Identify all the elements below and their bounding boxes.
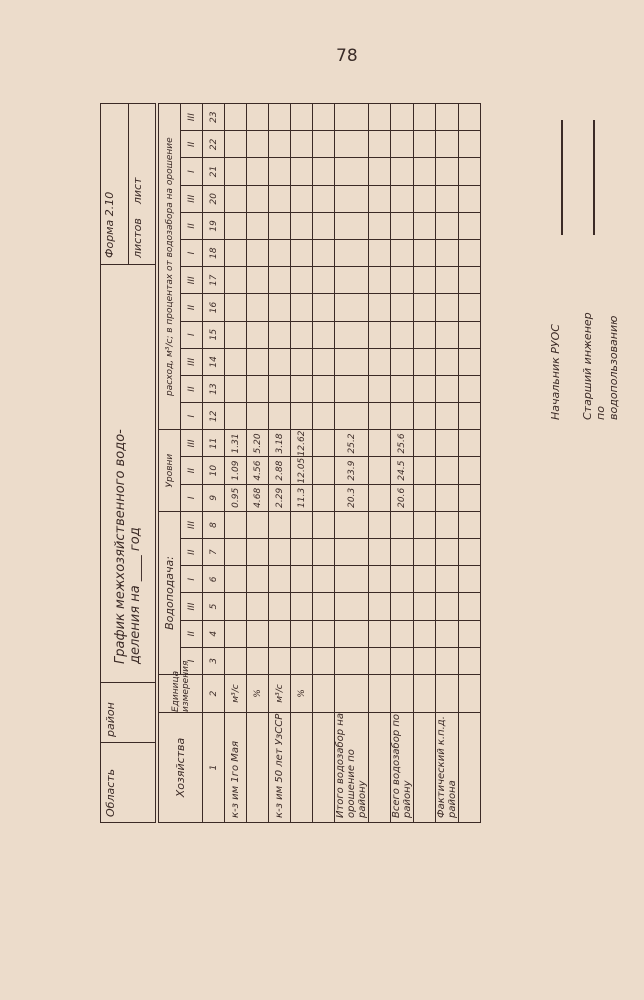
value-cell (247, 566, 269, 593)
value-cell (369, 566, 391, 593)
value-cell (369, 131, 391, 158)
column-number: 3 (203, 647, 225, 674)
value-cell (335, 212, 369, 239)
table-row: %4.684.565.20 (247, 104, 269, 823)
value-cell (269, 375, 291, 402)
value-cell (391, 212, 414, 239)
value-cell (269, 104, 291, 131)
value-cell (391, 185, 414, 212)
value-cell (459, 321, 481, 348)
value-cell (436, 104, 459, 131)
unit-cell: % (247, 675, 269, 713)
value-cell (335, 158, 369, 185)
value-cell (369, 484, 391, 511)
decade-cell: I (181, 321, 203, 348)
column-number: 9 (203, 484, 225, 511)
value-cell (335, 403, 369, 430)
value-cell (313, 484, 335, 511)
value-cell (225, 593, 247, 620)
farm-name: Итого водозабор на орошение по району (335, 713, 369, 823)
value-cell: 25.2 (335, 430, 369, 457)
level-header: Уровни (159, 430, 181, 512)
value-cell (291, 158, 313, 185)
value-cell (313, 212, 335, 239)
value-cell (291, 321, 313, 348)
value-cell (459, 430, 481, 457)
value-cell (291, 104, 313, 131)
value-cell (335, 267, 369, 294)
value-cell (436, 457, 459, 484)
value-cell (369, 593, 391, 620)
head-signature-line (561, 120, 563, 235)
value-cell (313, 185, 335, 212)
value-cell (414, 240, 436, 267)
value-cell (247, 158, 269, 185)
value-cell (335, 131, 369, 158)
value-cell (369, 430, 391, 457)
value-cell (414, 593, 436, 620)
value-cell (391, 566, 414, 593)
value-cell (291, 566, 313, 593)
value-cell (369, 647, 391, 674)
value-cell: 5.20 (247, 430, 269, 457)
value-cell (414, 647, 436, 674)
value-cell (335, 185, 369, 212)
value-cell (459, 212, 481, 239)
value-cell: 11.3 (291, 484, 313, 511)
value-cell (291, 185, 313, 212)
engineer-signature-line (593, 120, 595, 235)
value-cell (269, 403, 291, 430)
column-number: 11 (203, 430, 225, 457)
value-cell (247, 375, 269, 402)
value-cell (247, 647, 269, 674)
value-cell (459, 294, 481, 321)
sheets-row: листов лист (129, 104, 156, 264)
column-number-row: 1234567891011121314151617181920212223 (203, 104, 225, 823)
value-cell (414, 267, 436, 294)
value-cell (225, 403, 247, 430)
value-cell (391, 267, 414, 294)
value-cell (369, 511, 391, 538)
value-cell (391, 620, 414, 647)
column-number: 18 (203, 240, 225, 267)
value-cell (291, 294, 313, 321)
value-cell (414, 566, 436, 593)
decade-cell: III (181, 593, 203, 620)
value-cell (436, 539, 459, 566)
value-cell (269, 539, 291, 566)
value-cell (247, 511, 269, 538)
value-cell (436, 240, 459, 267)
value-cell (414, 131, 436, 158)
decade-cell: III (181, 185, 203, 212)
value-cell (369, 267, 391, 294)
value-cell (414, 403, 436, 430)
value-cell (225, 348, 247, 375)
sheets-label: листов (131, 218, 144, 258)
value-cell (269, 240, 291, 267)
value-cell (247, 185, 269, 212)
value-cell (459, 647, 481, 674)
value-cell (414, 104, 436, 131)
value-cell (436, 566, 459, 593)
unit-cell: м³/с (269, 675, 291, 713)
decade-cell: III (181, 104, 203, 131)
column-number: 14 (203, 348, 225, 375)
value-cell (313, 539, 335, 566)
farms-header: Хозяйства (159, 713, 203, 823)
form-title: График межхозяйственного водо- деления н… (101, 264, 155, 682)
value-cell (459, 375, 481, 402)
value-cell (459, 104, 481, 131)
value-cell (225, 240, 247, 267)
value-cell (269, 158, 291, 185)
value-cell (391, 593, 414, 620)
value-cell (459, 620, 481, 647)
farm-name (414, 713, 436, 823)
value-cell (391, 104, 414, 131)
unit-cell: % (291, 675, 313, 713)
decade-cell: I (181, 403, 203, 430)
value-cell (269, 321, 291, 348)
table-row: к-з им 1го Маям³/с0.951.091.31 (225, 104, 247, 823)
decade-cell: II (181, 212, 203, 239)
value-cell (247, 240, 269, 267)
column-number: 21 (203, 158, 225, 185)
farm-name: к-з им 1го Мая (225, 713, 247, 823)
column-number: 2 (203, 675, 225, 713)
value-cell (269, 294, 291, 321)
value-cell (369, 294, 391, 321)
value-cell: 4.68 (247, 484, 269, 511)
value-cell (391, 240, 414, 267)
unit-cell (459, 675, 481, 713)
value-cell (313, 104, 335, 131)
value-cell (369, 185, 391, 212)
value-cell (313, 348, 335, 375)
value-cell (369, 158, 391, 185)
value-cell: 4.56 (247, 457, 269, 484)
value-cell (313, 321, 335, 348)
value-cell (459, 403, 481, 430)
value-cell (313, 158, 335, 185)
value-cell (291, 593, 313, 620)
unit-cell (391, 675, 414, 713)
value-cell: 2.29 (269, 484, 291, 511)
unit-header: Единица измерения (159, 675, 203, 713)
value-cell (313, 457, 335, 484)
value-cell (391, 158, 414, 185)
value-cell (291, 375, 313, 402)
value-cell: 23.9 (335, 457, 369, 484)
value-cell (391, 403, 414, 430)
signature-block: Начальник РУОС Старший инженер по водопо… (545, 120, 635, 420)
value-cell (247, 131, 269, 158)
value-cell: 3.18 (269, 430, 291, 457)
decade-cell: III (181, 267, 203, 294)
district-label: район (101, 682, 155, 742)
value-cell (269, 185, 291, 212)
value-cell (225, 158, 247, 185)
value-cell (247, 267, 269, 294)
value-cell (335, 321, 369, 348)
value-cell (459, 185, 481, 212)
decade-cell: II (181, 131, 203, 158)
value-cell (414, 484, 436, 511)
value-cell (369, 321, 391, 348)
value-cell (414, 158, 436, 185)
value-cell (313, 511, 335, 538)
column-number: 15 (203, 321, 225, 348)
value-cell (247, 593, 269, 620)
decade-cell: III (181, 348, 203, 375)
title-line-2: деления на ____ год (128, 270, 143, 664)
value-cell (313, 620, 335, 647)
column-number: 23 (203, 104, 225, 131)
farm-name (459, 713, 481, 823)
value-cell (391, 647, 414, 674)
head-signature-label: Начальник РУОС (549, 324, 562, 420)
value-cell (335, 104, 369, 131)
table-row: Итого водозабор на орошение по району20.… (335, 104, 369, 823)
value-cell (391, 539, 414, 566)
value-cell (335, 240, 369, 267)
value-cell (436, 348, 459, 375)
value-cell (247, 620, 269, 647)
value-cell (291, 647, 313, 674)
water-supply-detail: расход, м³/с; в процентах от водозабора … (159, 104, 181, 430)
value-cell (313, 593, 335, 620)
value-cell (335, 294, 369, 321)
value-cell (391, 294, 414, 321)
value-cell (225, 375, 247, 402)
value-cell (225, 566, 247, 593)
value-cell (335, 511, 369, 538)
value-cell: 0.95 (225, 484, 247, 511)
value-cell (459, 457, 481, 484)
column-number: 17 (203, 267, 225, 294)
column-number: 6 (203, 566, 225, 593)
water-distribution-table: Хозяйства Единица измерения Водоподача: … (158, 103, 481, 823)
value-cell (414, 539, 436, 566)
value-cell: 1.09 (225, 457, 247, 484)
column-number: 19 (203, 212, 225, 239)
column-number: 10 (203, 457, 225, 484)
table-row (414, 104, 436, 823)
value-cell (436, 267, 459, 294)
engineer-signature-label: Старший инженер по водопользованию (581, 300, 620, 420)
value-cell (247, 403, 269, 430)
decade-cell: II (181, 294, 203, 321)
value-cell (269, 511, 291, 538)
value-cell (459, 240, 481, 267)
farm-name (369, 713, 391, 823)
decade-cell: II (181, 457, 203, 484)
value-cell (269, 566, 291, 593)
value-cell (459, 131, 481, 158)
value-cell: 24.5 (391, 457, 414, 484)
column-number: 20 (203, 185, 225, 212)
value-cell (459, 593, 481, 620)
value-cell (414, 511, 436, 538)
column-number: 16 (203, 294, 225, 321)
column-number: 8 (203, 511, 225, 538)
value-cell (369, 620, 391, 647)
form-label: Форма 2.10 (101, 104, 129, 264)
water-supply-header: Водоподача: (159, 511, 181, 674)
page-number: 78 (336, 46, 358, 66)
column-number: 22 (203, 131, 225, 158)
value-cell (225, 511, 247, 538)
unit-cell (414, 675, 436, 713)
value-cell (335, 566, 369, 593)
value-cell (414, 457, 436, 484)
value-cell: 20.3 (335, 484, 369, 511)
value-cell (436, 403, 459, 430)
unit-cell (313, 675, 335, 713)
value-cell (335, 620, 369, 647)
value-cell (391, 348, 414, 375)
value-cell (313, 375, 335, 402)
value-cell (291, 620, 313, 647)
value-cell (269, 647, 291, 674)
value-cell (436, 321, 459, 348)
value-cell (436, 212, 459, 239)
unit-cell (369, 675, 391, 713)
value-cell (269, 593, 291, 620)
value-cell (291, 348, 313, 375)
column-number: 1 (203, 713, 225, 823)
value-cell (436, 158, 459, 185)
value-cell (436, 131, 459, 158)
value-cell (391, 321, 414, 348)
value-cell (369, 348, 391, 375)
title-line-1: График межхозяйственного водо- (113, 270, 128, 664)
value-cell (291, 539, 313, 566)
value-cell (414, 321, 436, 348)
value-cell (269, 212, 291, 239)
value-cell (313, 430, 335, 457)
table-row: к-з им 50 лет УзССРм³/с2.292.883.18 (269, 104, 291, 823)
value-cell (369, 212, 391, 239)
farm-name (247, 713, 269, 823)
table-row: %11.312.0512.62 (291, 104, 313, 823)
value-cell (369, 104, 391, 131)
value-cell (269, 131, 291, 158)
value-cell (436, 185, 459, 212)
value-cell (459, 158, 481, 185)
farm-name: Всего водозабор по району (391, 713, 414, 823)
value-cell: 2.88 (269, 457, 291, 484)
value-cell (436, 647, 459, 674)
form-sheet: Область район График межхозяйственного в… (100, 103, 523, 823)
value-cell (269, 620, 291, 647)
value-cell (459, 566, 481, 593)
value-cell (269, 348, 291, 375)
decade-cell: II (181, 375, 203, 402)
value-cell (436, 375, 459, 402)
value-cell (247, 212, 269, 239)
value-cell (436, 294, 459, 321)
value-cell (436, 511, 459, 538)
value-cell (291, 511, 313, 538)
value-cell (414, 348, 436, 375)
value-cell (225, 294, 247, 321)
value-cell (459, 484, 481, 511)
value-cell (269, 267, 291, 294)
unit-cell (436, 675, 459, 713)
value-cell (459, 539, 481, 566)
value-cell (247, 104, 269, 131)
value-cell (313, 240, 335, 267)
value-cell (391, 511, 414, 538)
value-cell: 20.6 (391, 484, 414, 511)
form-id: Форма 2.10 листов лист (101, 104, 155, 264)
value-cell (313, 403, 335, 430)
value-cell (225, 212, 247, 239)
decade-cell: III (181, 430, 203, 457)
value-cell (291, 131, 313, 158)
value-cell (414, 430, 436, 457)
unit-cell (335, 675, 369, 713)
value-cell (459, 267, 481, 294)
value-cell (247, 321, 269, 348)
value-cell (247, 348, 269, 375)
value-cell (291, 267, 313, 294)
value-cell (335, 375, 369, 402)
value-cell (414, 185, 436, 212)
column-number: 5 (203, 593, 225, 620)
farm-name: к-з им 50 лет УзССР (269, 713, 291, 823)
value-cell: 12.62 (291, 430, 313, 457)
decade-cell: I (181, 240, 203, 267)
column-number: 7 (203, 539, 225, 566)
value-cell (225, 185, 247, 212)
table-row (313, 104, 335, 823)
value-cell (335, 539, 369, 566)
farm-name (291, 713, 313, 823)
value-cell (313, 566, 335, 593)
value-cell (459, 348, 481, 375)
value-cell (247, 294, 269, 321)
value-cell (369, 539, 391, 566)
decade-cell: I (181, 158, 203, 185)
value-cell (391, 375, 414, 402)
decade-cell: III (181, 511, 203, 538)
value-cell (436, 430, 459, 457)
decade-cell: II (181, 620, 203, 647)
column-number: 13 (203, 375, 225, 402)
value-cell: 25.6 (391, 430, 414, 457)
value-cell (225, 620, 247, 647)
table-row: Всего водозабор по району20.624.525.6 (391, 104, 414, 823)
value-cell (436, 484, 459, 511)
value-cell (313, 131, 335, 158)
value-cell (335, 647, 369, 674)
sheet-label: лист (131, 178, 144, 205)
value-cell (225, 267, 247, 294)
table-row: Фактический к.п.д. района (436, 104, 459, 823)
value-cell: 1.31 (225, 430, 247, 457)
value-cell (313, 294, 335, 321)
value-cell (369, 375, 391, 402)
column-number: 4 (203, 620, 225, 647)
value-cell (369, 457, 391, 484)
farm-name (313, 713, 335, 823)
value-cell (414, 375, 436, 402)
farm-name: Фактический к.п.д. района (436, 713, 459, 823)
